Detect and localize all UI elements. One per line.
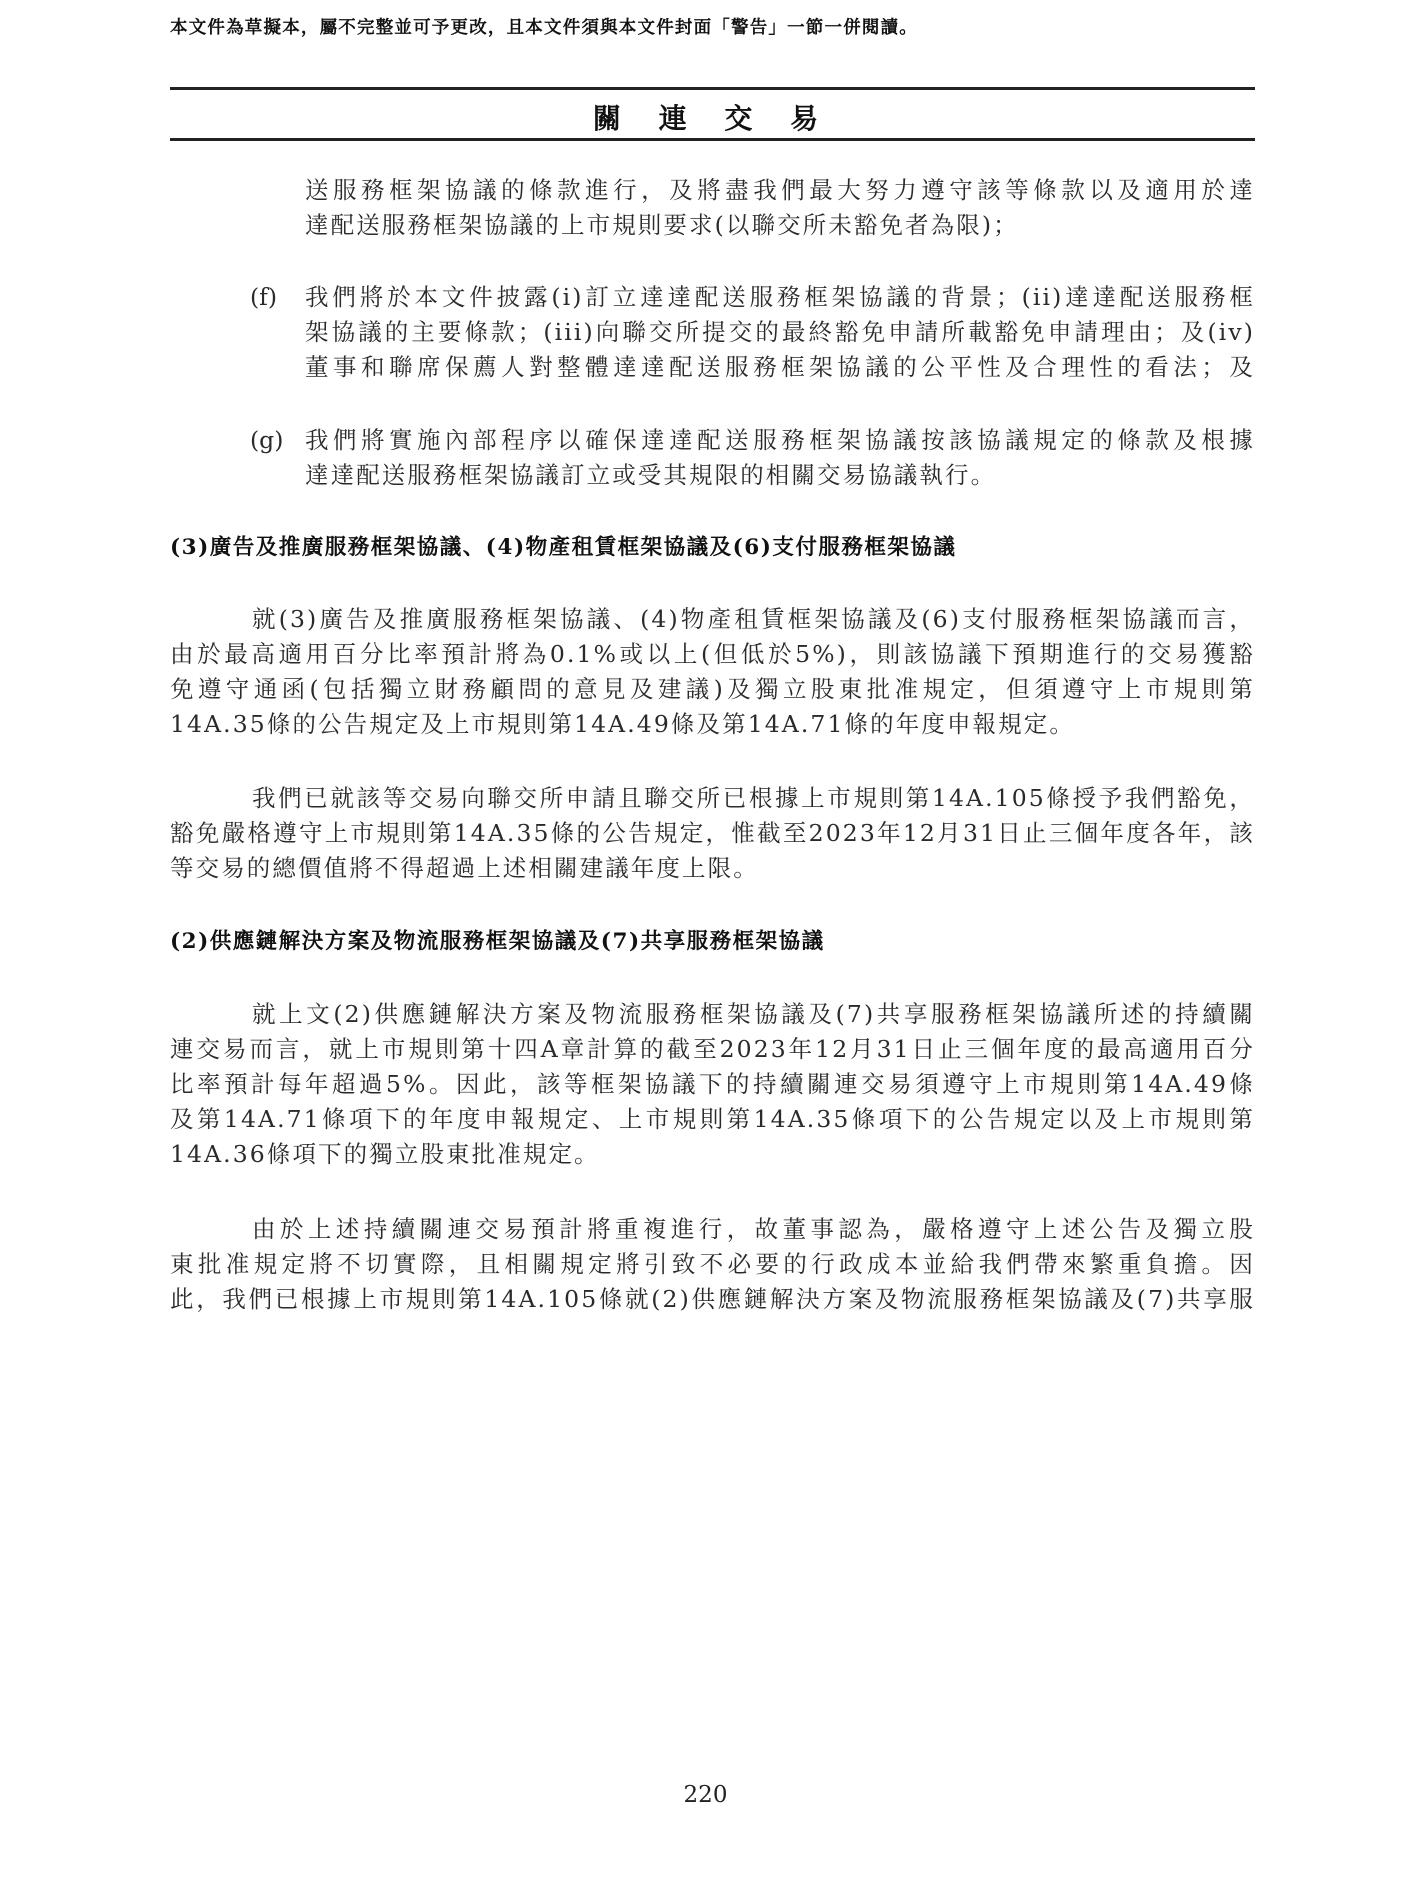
text-line: 免遵守通函(包括獨立財務顧問的意見及建議)及獨立股東批准規定，但須遵守上市規則第 — [170, 672, 1255, 707]
text-line: 就上文(2)供應鏈解決方案及物流服務框架協議及(7)共享服務框架協議所述的持續關 — [170, 997, 1255, 1032]
text-line: 董事和聯席保薦人對整體達達配送服務框架協議的公平性及合理性的看法；及 — [305, 350, 1255, 385]
text-line: 等交易的總價值將不得超過上述相關建議年度上限。 — [170, 851, 1255, 886]
text-line: 就(3)廣告及推廣服務框架協議、(4)物產租賃框架協議及(6)支付服務框架協議而… — [170, 602, 1255, 637]
page-number: 220 — [0, 1782, 1411, 1808]
text-line: 14A.35條的公告規定及上市規則第14A.49條及第14A.71條的年度申報規… — [170, 707, 1255, 742]
section-1-paragraph-1: 就(3)廣告及推廣服務框架協議、(4)物產租賃框架協議及(6)支付服務框架協議而… — [170, 602, 1255, 742]
text-line: 此，我們已根據上市規則第14A.105條就(2)供應鏈解決方案及物流服務框架協議… — [170, 1282, 1255, 1317]
text-line: 連交易而言，就上市規則第十四A章計算的截至2023年12月31日止三個年度的最高… — [170, 1032, 1255, 1067]
section-title: 關 連 交 易 — [170, 97, 1255, 137]
top-rule — [170, 87, 1255, 90]
text-line: 豁免嚴格遵守上市規則第14A.35條的公告規定，惟截至2023年12月31日止三… — [170, 816, 1255, 851]
text-line: 由於最高適用百分比率預計將為0.1%或以上(但低於5%)，則該協議下預期進行的交… — [170, 637, 1255, 672]
text-line: 14A.36條項下的獨立股東批准規定。 — [170, 1137, 1255, 1172]
item-f-paragraph: 我們將於本文件披露(i)訂立達達配送服務框架協議的背景；(ii)達達配送服務框 … — [305, 280, 1255, 385]
text-line: 由於上述持續關連交易預計將重複進行，故董事認為，嚴格遵守上述公告及獨立股 — [170, 1212, 1255, 1247]
text-line: 我們將於本文件披露(i)訂立達達配送服務框架協議的背景；(ii)達達配送服務框 — [305, 280, 1255, 315]
item-marker-g: (g) — [250, 423, 283, 458]
text-line: 比率預計每年超過5%。因此，該等框架協議下的持續關連交易須遵守上市規則第14A.… — [170, 1067, 1255, 1102]
text-line: 及第14A.71條項下的年度申報規定、上市規則第14A.35條項下的公告規定以及… — [170, 1102, 1255, 1137]
item-marker-f: (f) — [250, 280, 277, 315]
bottom-rule — [170, 138, 1255, 141]
section-1-paragraph-2: 我們已就該等交易向聯交所申請且聯交所已根據上市規則第14A.105條授予我們豁免… — [170, 781, 1255, 886]
section-2-paragraph-1: 就上文(2)供應鏈解決方案及物流服務框架協議及(7)共享服務框架協議所述的持續關… — [170, 997, 1255, 1172]
draft-notice: 本文件為草擬本，屬不完整並可予更改，且本文件須與本文件封面「警告」一節一併閱讀。 — [170, 14, 918, 39]
text-line: 達配送服務框架協議的上市規則要求(以聯交所未豁免者為限)； — [305, 208, 1255, 243]
text-line: 達達配送服務框架協議訂立或受其規限的相關交易協議執行。 — [305, 458, 1255, 493]
section-heading-supply-chain-shared-services: (2)供應鏈解決方案及物流服務框架協議及(7)共享服務框架協議 — [170, 924, 1255, 959]
text-line: 送服務框架協議的條款進行，及將盡我們最大努力遵守該等條款以及適用於達 — [305, 173, 1255, 208]
text-line: 架協議的主要條款；(iii)向聯交所提交的最終豁免申請所載豁免申請理由；及(iv… — [305, 315, 1255, 350]
section-2-paragraph-2: 由於上述持續關連交易預計將重複進行，故董事認為，嚴格遵守上述公告及獨立股 東批准… — [170, 1212, 1255, 1317]
section-heading-advertising-property-payment: (3)廣告及推廣服務框架協議、(4)物產租賃框架協議及(6)支付服務框架協議 — [170, 530, 1255, 565]
item-g-paragraph: 我們將實施內部程序以確保達達配送服務框架協議按該協議規定的條款及根據 達達配送服… — [305, 423, 1255, 493]
text-line: 我們將實施內部程序以確保達達配送服務框架協議按該協議規定的條款及根據 — [305, 423, 1255, 458]
text-line: 我們已就該等交易向聯交所申請且聯交所已根據上市規則第14A.105條授予我們豁免… — [170, 781, 1255, 816]
continuation-paragraph: 送服務框架協議的條款進行，及將盡我們最大努力遵守該等條款以及適用於達 達配送服務… — [305, 173, 1255, 243]
text-line: 東批准規定將不切實際，且相關規定將引致不必要的行政成本並給我們帶來繁重負擔。因 — [170, 1247, 1255, 1282]
